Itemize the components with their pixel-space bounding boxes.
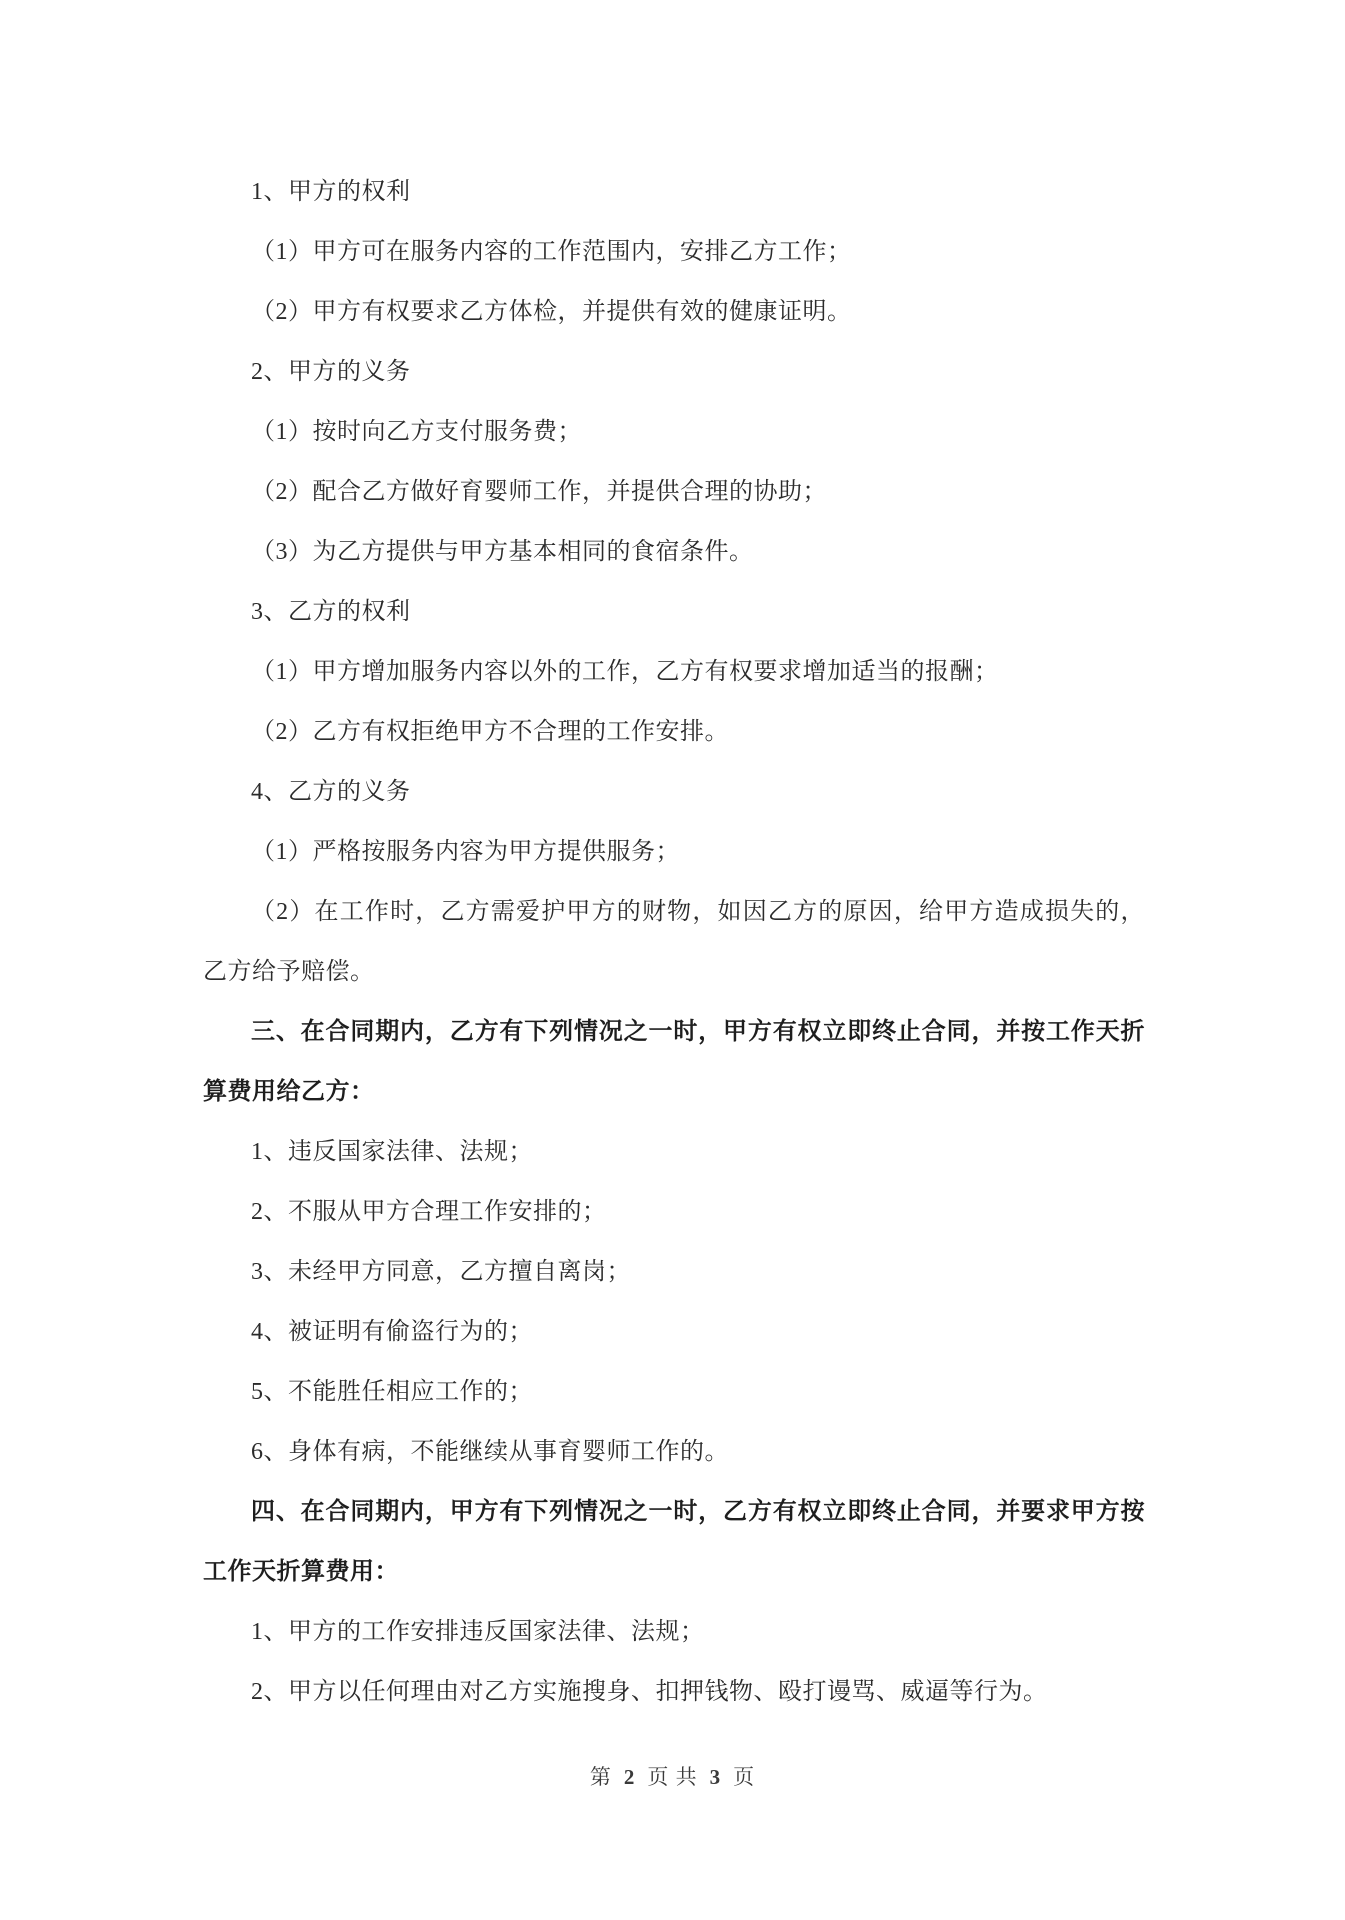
list-item: 2、甲方以任何理由对乙方实施搜身、扣押钱物、殴打谩骂、威逼等行为。 [203,1662,1145,1722]
section-4-heading: 四、在合同期内，甲方有下列情况之一时，乙方有权立即终止合同，并要求甲方按工作天折… [203,1482,1145,1602]
paragraph: （1）甲方可在服务内容的工作范围内，安排乙方工作； [203,222,1145,282]
list-item: 2、不服从甲方合理工作安排的； [203,1182,1145,1242]
document-page: 1、甲方的权利 （1）甲方可在服务内容的工作范围内，安排乙方工作； （2）甲方有… [0,0,1345,1920]
paragraph-party-a-rights-heading: 1、甲方的权利 [203,162,1145,222]
contract-body: 1、甲方的权利 （1）甲方可在服务内容的工作范围内，安排乙方工作； （2）甲方有… [203,162,1145,1722]
total-page-number: 3 [710,1763,722,1791]
list-item: 5、不能胜任相应工作的； [203,1362,1145,1422]
paragraph-party-a-duties-heading: 2、甲方的义务 [203,342,1145,402]
paragraph: （2）甲方有权要求乙方体检，并提供有效的健康证明。 [203,282,1145,342]
paragraph: （1）甲方增加服务内容以外的工作，乙方有权要求增加适当的报酬； [203,642,1145,702]
list-item: 6、身体有病，不能继续从事育婴师工作的。 [203,1422,1145,1482]
paragraph: （2）配合乙方做好育婴师工作，并提供合理的协助； [203,462,1145,522]
list-item: 3、未经甲方同意，乙方擅自离岗； [203,1242,1145,1302]
paragraph: （2）乙方有权拒绝甲方不合理的工作安排。 [203,702,1145,762]
paragraph: （1）按时向乙方支付服务费； [203,402,1145,462]
current-page-number: 2 [624,1763,636,1791]
paragraph-party-b-rights-heading: 3、乙方的权利 [203,582,1145,642]
paragraph-party-b-duties-heading: 4、乙方的义务 [203,762,1145,822]
footer-prefix: 第 [590,1763,612,1791]
paragraph: （3）为乙方提供与甲方基本相同的食宿条件。 [203,522,1145,582]
list-item: 1、违反国家法律、法规； [203,1122,1145,1182]
paragraph: （2）在工作时，乙方需爱护甲方的财物，如因乙方的原因，给甲方造成损失的，乙方给予… [203,882,1145,1002]
list-item: 1、甲方的工作安排违反国家法律、法规； [203,1602,1145,1662]
list-item: 4、被证明有偷盗行为的； [203,1302,1145,1362]
page-footer: 第2页 共3页 [0,1763,1345,1791]
section-3-heading: 三、在合同期内，乙方有下列情况之一时，甲方有权立即终止合同，并按工作天折算费用给… [203,1002,1145,1122]
footer-middle: 页 共 [647,1763,697,1791]
footer-suffix: 页 [733,1763,755,1791]
paragraph: （1）严格按服务内容为甲方提供服务； [203,822,1145,882]
